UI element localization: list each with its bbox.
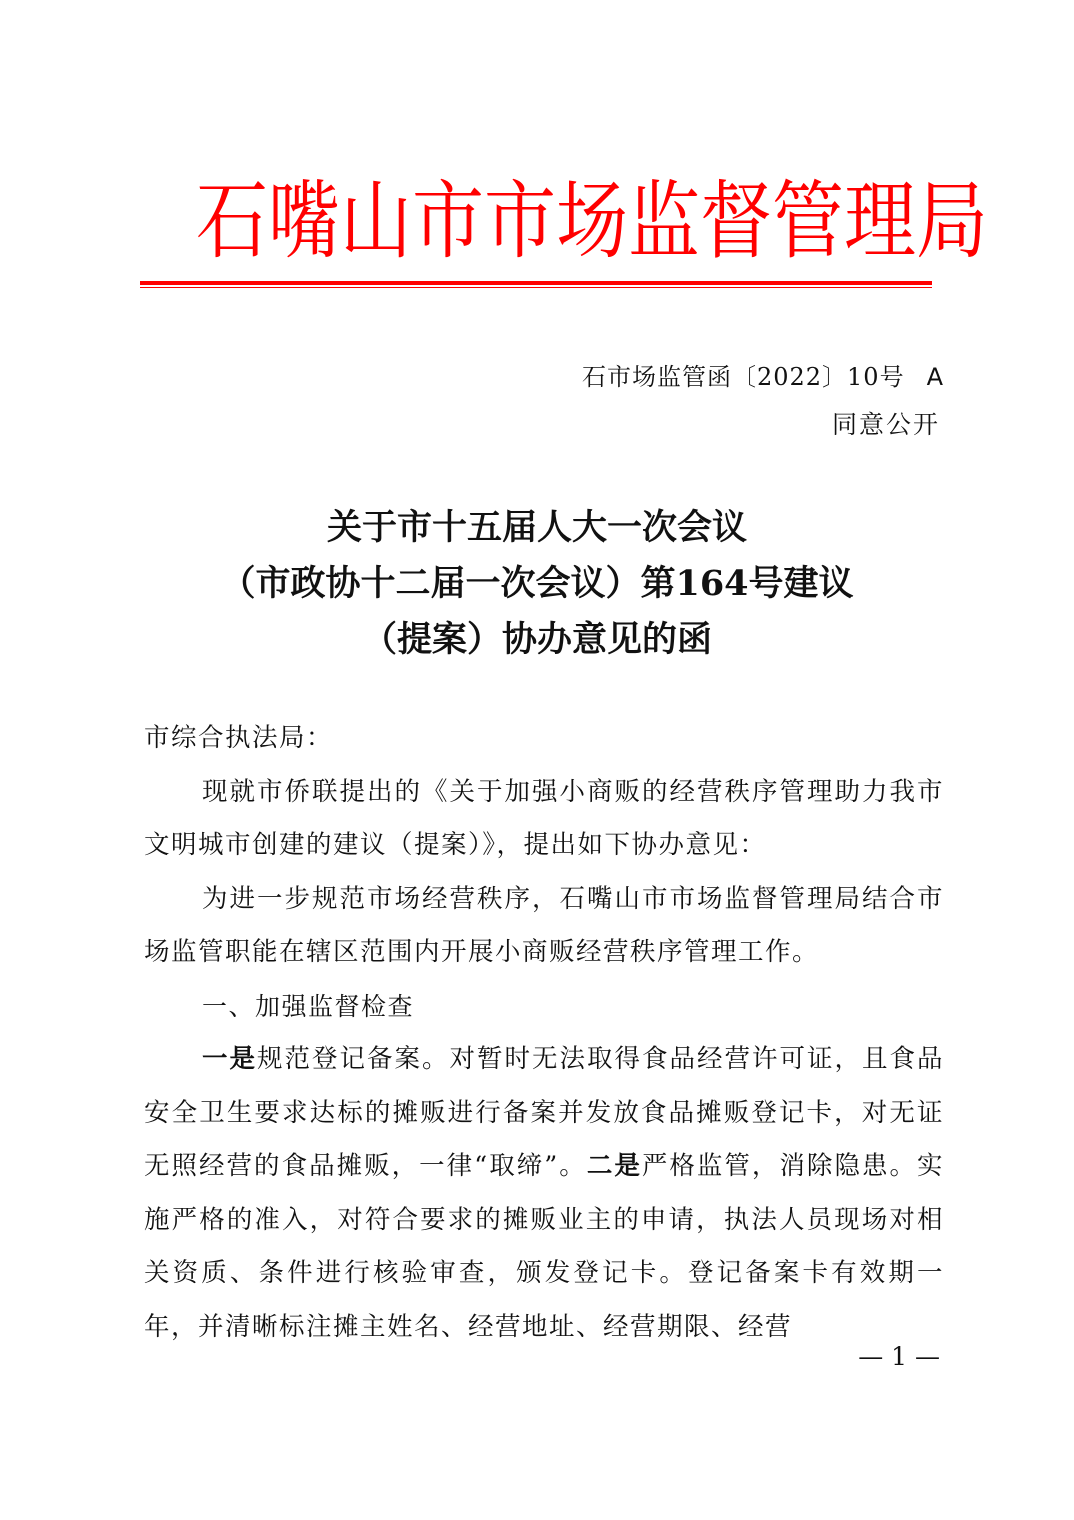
lead-term-2: 二是	[587, 1151, 642, 1181]
letterhead-org-name: 石嘴山市市场监督管理局	[196, 162, 876, 280]
paragraph-measures: 一是规范登记备案。对暂时无法取得食品经营许可证，且食品安全卫生要求达标的摊贩进行…	[144, 1033, 944, 1354]
title-line-2: （市政协十二届一次会议）第164号建议	[130, 556, 944, 612]
disclosure-status: 同意公开	[832, 405, 940, 441]
letterhead-rule-thin	[140, 287, 932, 288]
lead-term-1: 一是	[202, 1044, 257, 1074]
paragraph-intro: 现就市侨联提出的《关于加强小商贩的经营秩序管理助力我市文明城市创建的建议（提案）…	[144, 766, 944, 873]
title-line-3: （提案）协办意见的函	[130, 612, 944, 668]
salutation: 市综合执法局：	[144, 712, 944, 766]
document-page: 石嘴山市市场监督管理局 石市场监管函〔2022〕10号A 同意公开 关于市十五届…	[0, 0, 1074, 1520]
title-line-1: 关于市十五届人大一次会议	[130, 500, 944, 556]
section-heading-1: 一、加强监督检查	[144, 980, 944, 1034]
document-body: 市综合执法局： 现就市侨联提出的《关于加强小商贩的经营秩序管理助力我市文明城市创…	[144, 712, 944, 1354]
paragraph-context: 为进一步规范市场经营秩序，石嘴山市市场监督管理局结合市场监管职能在辖区范围内开展…	[144, 873, 944, 980]
disclosure-mark: A	[927, 363, 944, 391]
letterhead-rule-thick	[140, 281, 932, 285]
document-number-text: 石市场监管函〔2022〕10号	[582, 363, 905, 391]
document-number: 石市场监管函〔2022〕10号A	[582, 357, 944, 392]
letterhead: 石嘴山市市场监督管理局	[196, 180, 876, 280]
document-title: 关于市十五届人大一次会议 （市政协十二届一次会议）第164号建议 （提案）协办意…	[130, 500, 944, 668]
page-number: — 1 —	[858, 1342, 940, 1371]
